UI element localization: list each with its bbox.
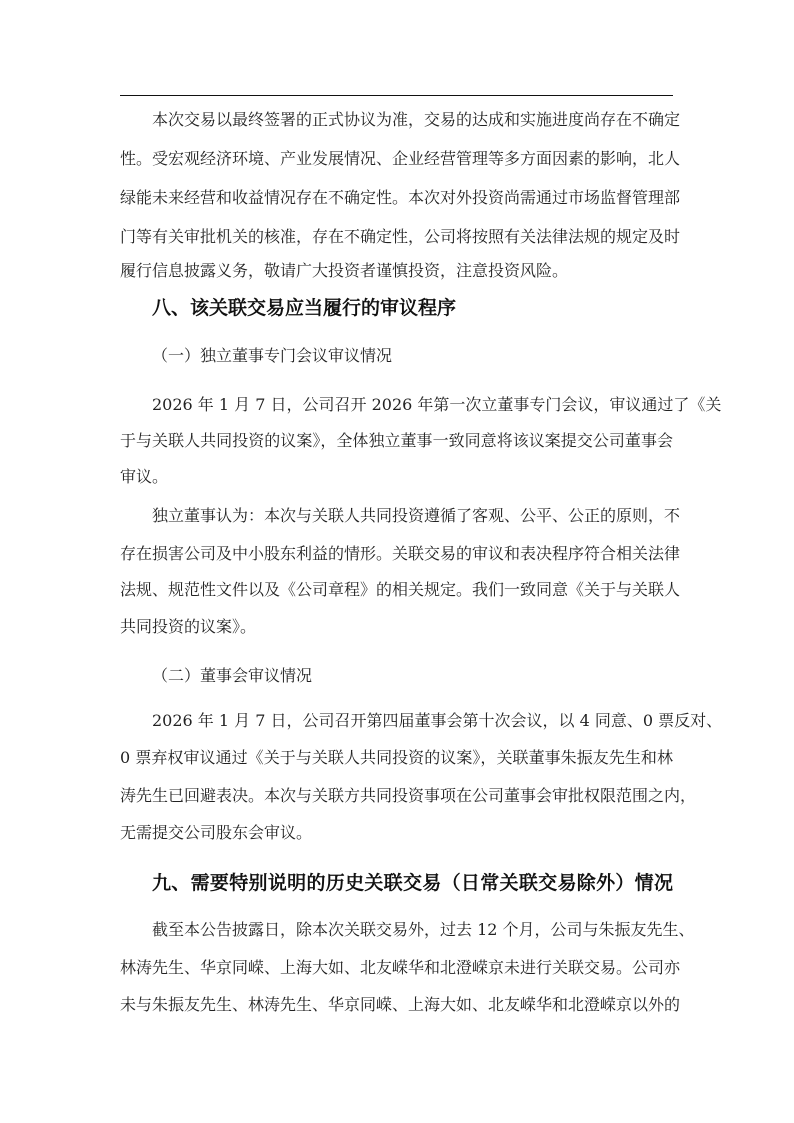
paragraph-line: 本次交易以最终签署的正式协议为准，交易的达成和实施进度尚存在不确定 xyxy=(152,110,673,130)
paragraph-line: 截至本公告披露日，除本次关联交易外，过去 12 个月，公司与朱振友先生、 xyxy=(152,920,673,940)
section-heading: 八、该关联交易应当履行的审议程序 xyxy=(152,296,456,320)
paragraph-line: 履行信息披露义务，敬请广大投资者谨慎投资，注意投资风险。 xyxy=(120,261,673,281)
paragraph-line: 0 票弃权审议通过《关于与关联人共同投资的议案》，关联董事朱振友先生和林 xyxy=(120,748,673,768)
paragraph-line: 审议。 xyxy=(120,467,673,487)
paragraph-line: 未与朱振友先生、林涛先生、华京同嵘、上海大如、北友嵘华和北澄嵘京以外的 xyxy=(120,995,673,1015)
section-heading: 九、需要特别说明的历史关联交易（日常关联交易除外）情况 xyxy=(152,871,673,895)
subsection-heading: （二）董事会审议情况 xyxy=(152,666,312,686)
paragraph-line: 绿能未来经营和收益情况存在不确定性。本次对外投资尚需通过市场监督管理部 xyxy=(120,188,673,208)
paragraph-line: 2026 年 1 月 7 日，公司召开第四届董事会第十次会议，以 4 同意、0 … xyxy=(152,711,673,731)
paragraph-line: 2026 年 1 月 7 日，公司召开 2026 年第一次立董事专门会议，审议通… xyxy=(152,395,673,415)
paragraph-line: 法规、规范性文件以及《公司章程》的相关规定。我们一致同意《关于与关联人 xyxy=(120,580,673,600)
document-page: 本次交易以最终签署的正式协议为准，交易的达成和实施进度尚存在不确定 性。受宏观经… xyxy=(0,0,794,1123)
paragraph-line: 于与关联人共同投资的议案》，全体独立董事一致同意将该议案提交公司董事会 xyxy=(120,431,673,451)
paragraph-line: 独立董事认为：本次与关联人共同投资遵循了客观、公平、公正的原则，不 xyxy=(152,506,673,526)
paragraph-line: 存在损害公司及中小股东利益的情形。关联交易的审议和表决程序符合相关法律 xyxy=(120,544,673,564)
paragraph-line: 门等有关审批机关的核准，存在不确定性，公司将按照有关法律法规的规定及时 xyxy=(120,227,673,247)
header-rule xyxy=(120,95,673,96)
subsection-heading: （一）独立董事专门会议审议情况 xyxy=(152,346,392,366)
paragraph-line: 无需提交公司股东会审议。 xyxy=(120,823,673,843)
paragraph-line: 林涛先生、华京同嵘、上海大如、北友嵘华和北澄嵘京未进行关联交易。公司亦 xyxy=(120,958,673,978)
paragraph-line: 共同投资的议案》。 xyxy=(120,617,673,637)
paragraph-line: 性。受宏观经济环境、产业发展情况、企业经营管理等多方面因素的影响，北人 xyxy=(120,149,673,169)
paragraph-line: 涛先生已回避表决。本次与关联方共同投资事项在公司董事会审批权限范围之内， xyxy=(120,786,673,806)
